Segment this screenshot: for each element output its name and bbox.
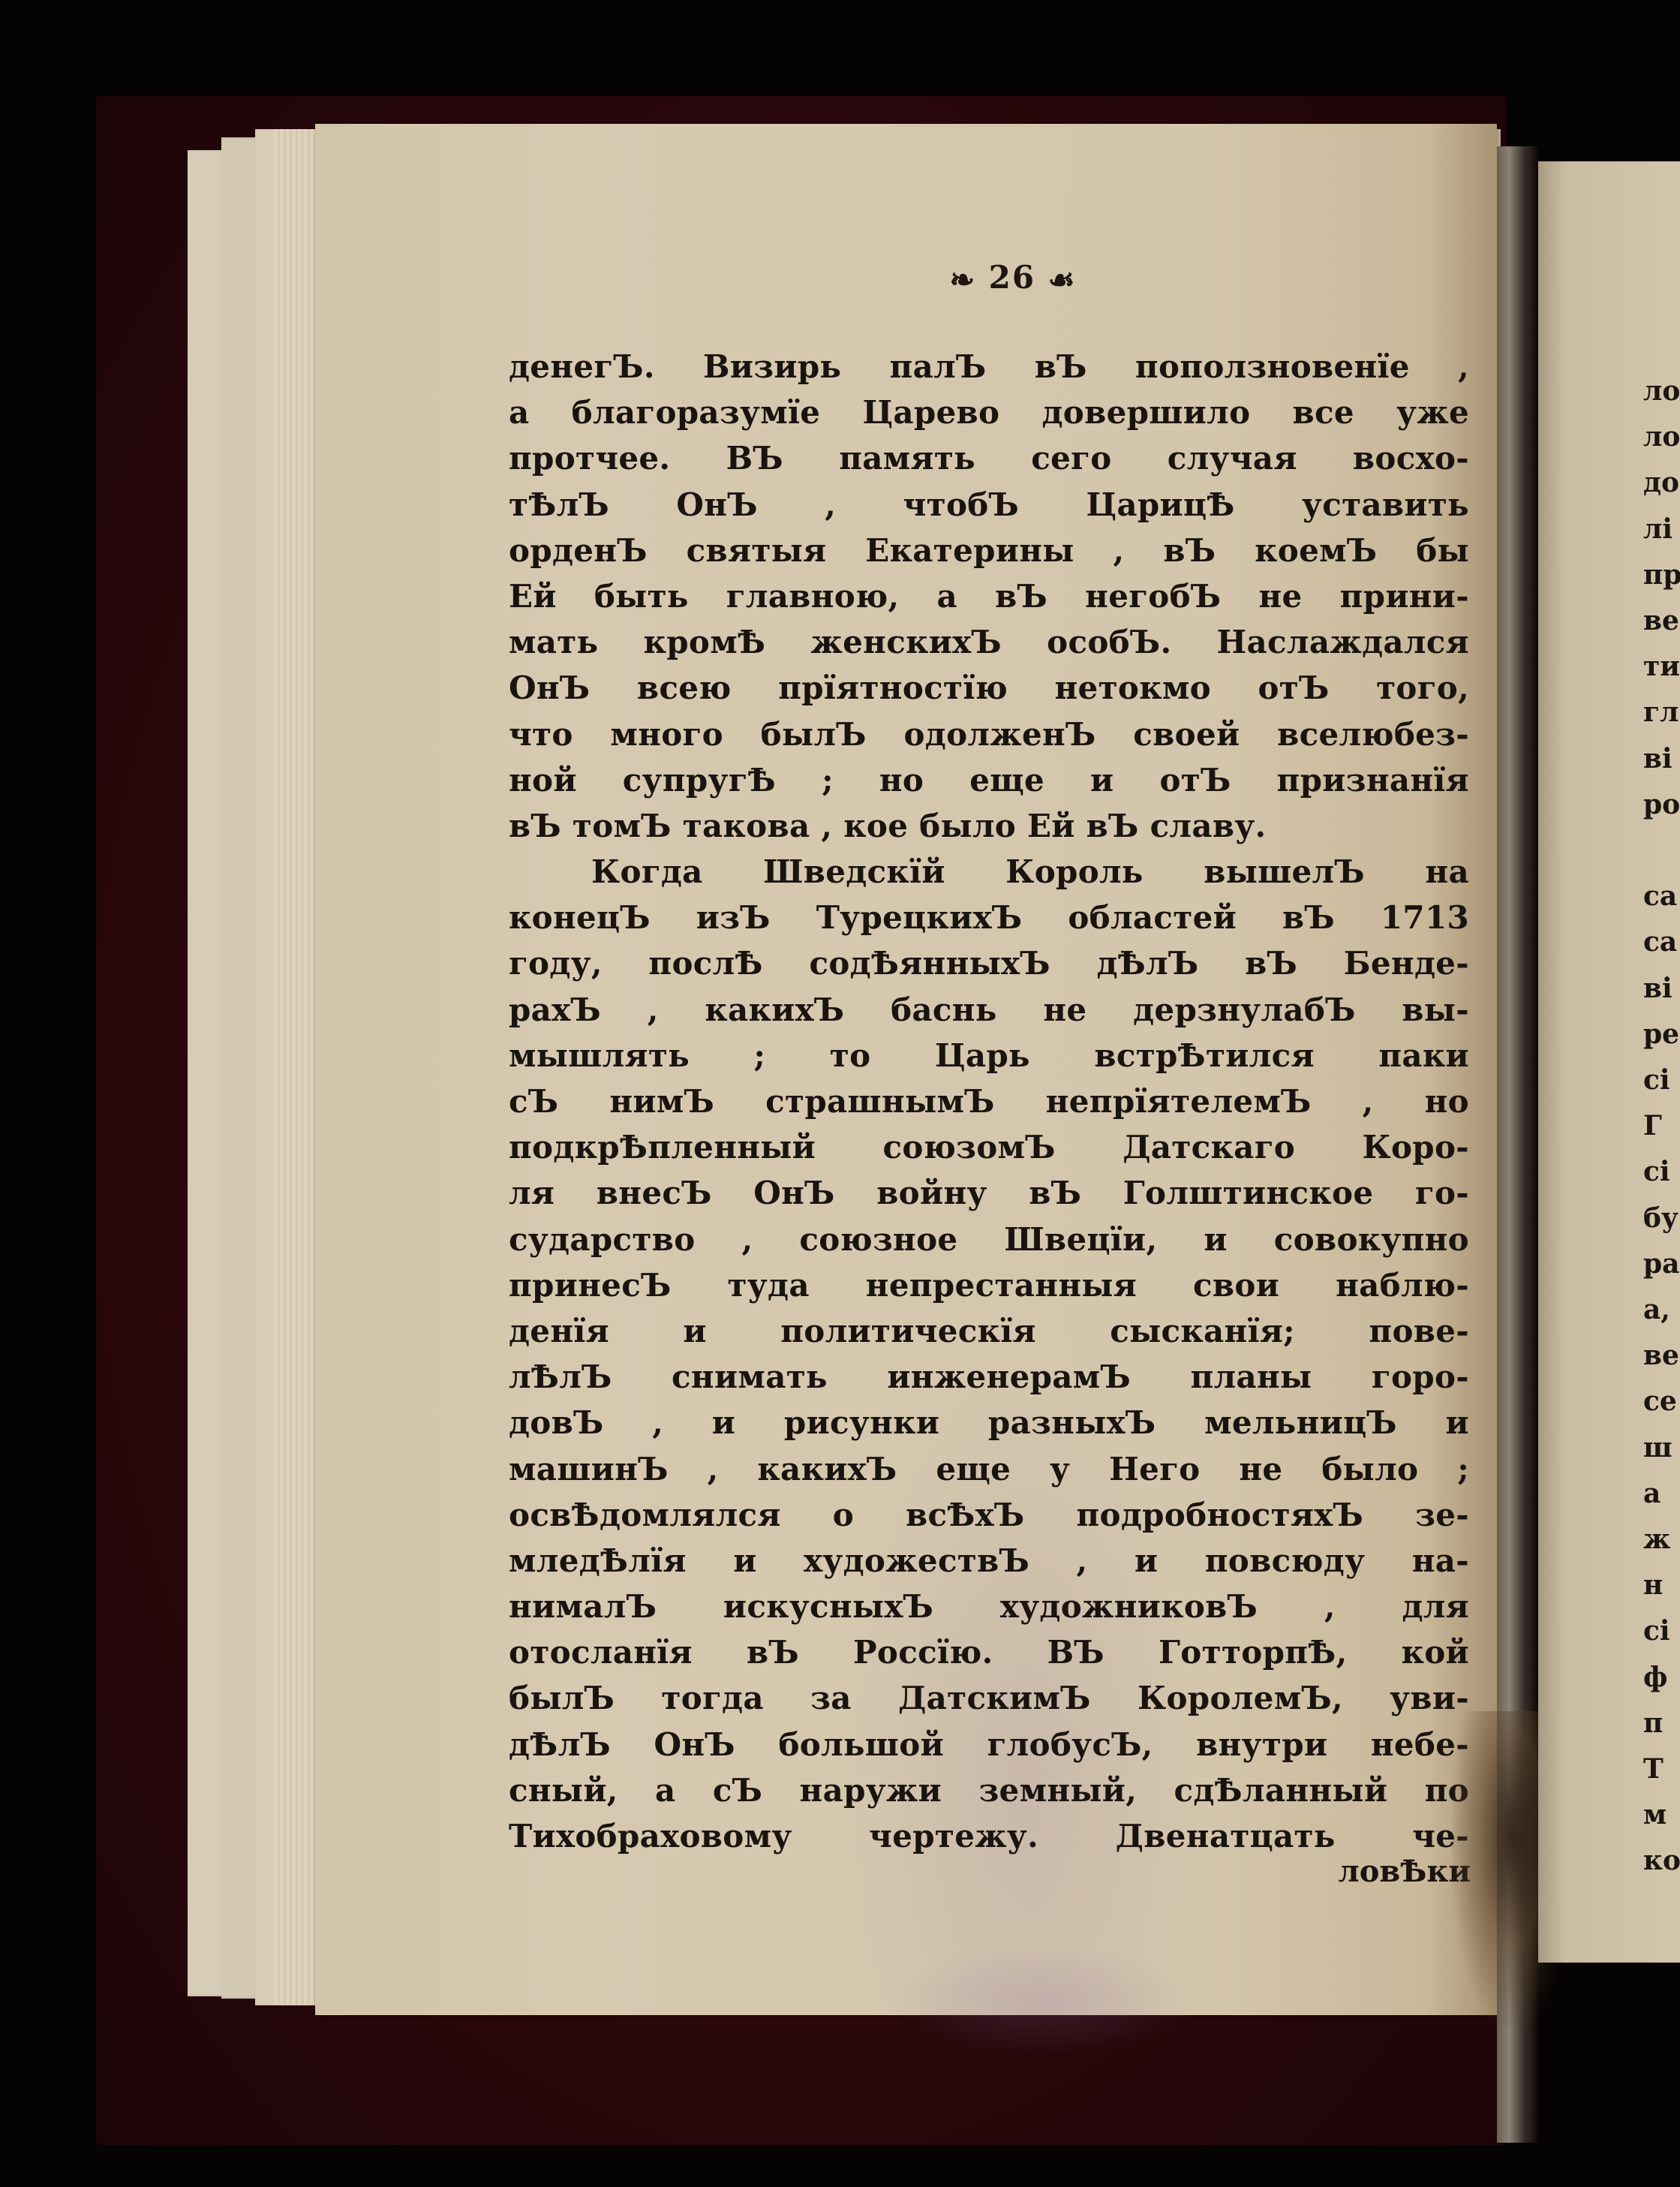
facing-page-text-fragment: ти [1643,651,1680,682]
facing-page-text-fragment: Г [1643,1110,1662,1142]
text-line: освѢдомлялся о всѢхЪ подробностяхЪ зе- [509,1492,1469,1538]
ornament-right-icon: ☙ [1048,263,1077,298]
text-line: ОнЪ всею прїятностїю нетокмо отЪ того, [509,665,1469,711]
ornament-left-icon: ❧ [949,263,976,298]
text-line: лѢлЪ снимать инженерамЪ планы горо- [509,1354,1469,1400]
facing-page-text-fragment: ко [1643,1845,1680,1876]
text-line: ля внесЪ ОнЪ войну вЪ Голштинское го- [509,1170,1469,1216]
facing-page-text-fragment: н [1643,1569,1663,1601]
page-number: 26 [989,259,1035,296]
facing-page-text-fragment: ре [1643,1018,1679,1050]
facing-page-text-fragment: пр [1643,559,1680,591]
text-line: принесЪ туда непрестанныя свои наблю- [509,1262,1469,1308]
facing-page-text-fragment: се [1643,1385,1677,1417]
text-line: тѢлЪ ОнЪ , чтобЪ ЦарицѢ уставить [509,482,1469,528]
text-line-paragraph-start: Когда Шведскїй Король вышелЪ на [509,849,1469,895]
text-line: денїя и политическїя сысканїя; пове- [509,1308,1469,1354]
text-line: дѢлЪ ОнЪ большой глобусЪ, внутри небе- [509,1722,1469,1767]
text-line: конецЪ изЪ ТурецкихЪ областей вЪ 1713 [509,895,1469,940]
facing-page-text-fragment: м [1643,1799,1666,1831]
facing-page-text-fragment: Т [1643,1753,1663,1785]
facing-page-text-fragment: а, [1643,1294,1670,1325]
text-line: сный, а сЪ наружи земный, сдѢланный по [509,1767,1469,1813]
text-line: рахЪ , какихЪ баснь не дерзнулабЪ вы- [509,987,1469,1033]
text-line: мышлять ; то Царь встрѢтился паки [509,1033,1469,1078]
facing-page-text-fragment: са [1643,926,1677,958]
text-line: ной супругѢ ; но еще и отЪ признанїя [509,757,1469,803]
text-line: былЪ тогда за ДатскимЪ КоролемЪ, уви- [509,1675,1469,1721]
page-fore-edge [274,129,319,2005]
text-line: году, послѢ содѢянныхЪ дѢлЪ вЪ Бенде- [509,940,1469,986]
text-line: вЪ томЪ такова , кое было Ей вЪ славу. [509,803,1469,849]
catchword: ловѢки [1276,1854,1471,1889]
text-line: мать кромѢ женскихЪ особЪ. Наслаждался [509,619,1469,665]
text-line: Тихобраховому чертежу. Двенатцать че- [509,1813,1469,1859]
page-header: ❧ 26 ☙ [893,259,1133,298]
text-line: протчее. ВЪ память сего случая восхо- [509,435,1469,481]
facing-page-text-fragment: ж [1643,1524,1670,1555]
facing-page-text-fragment: ве [1643,605,1679,636]
text-line: подкрѢпленный союзомЪ Датскаго Коро- [509,1124,1469,1170]
text-line: орденЪ святыя Екатерины , вЪ коемЪ бы [509,528,1469,573]
text-line: а благоразумїе Царево довершило все уже [509,390,1469,435]
facing-page-text-fragment: ш [1643,1432,1672,1464]
facing-page-text-fragment: бу [1643,1202,1678,1234]
text-line: мледѢлїя и художествЪ , и повсюду на- [509,1538,1469,1584]
text-line: Ей быть главною, а вЪ негобЪ не прини- [509,573,1469,619]
facing-page-text-fragment: ве [1643,1340,1679,1371]
text-line: нималЪ искусныхЪ художниковЪ , для [509,1584,1469,1629]
facing-page-text-fragment: сі [1643,1156,1670,1187]
facing-page: лолодоліпрветиглвіросасавіресіГсібураа,в… [1538,161,1680,1963]
text-line: довЪ , и рисунки разныхЪ мельницЪ и [509,1400,1469,1445]
facing-page-text-fragment: ра [1643,1248,1680,1280]
facing-page-text-fragment: ро [1643,789,1680,820]
facing-page-text-fragment: ло [1643,421,1680,453]
page-body-text: денегЪ. Визирь палЪ вЪ поползновенїе , а… [509,344,1469,1859]
facing-page-text-fragment: са [1643,880,1677,912]
text-line: машинЪ , какихЪ еще у Него не было ; [509,1446,1469,1492]
text-line: сударство , союзное Швецїи, и совокупно [509,1217,1469,1262]
facing-page-text-fragment: ф [1643,1662,1667,1693]
facing-page-text-fragment: ві [1643,743,1672,775]
facing-page-text-fragment: лі [1643,513,1672,545]
facing-page-text-fragment: п [1643,1707,1663,1739]
facing-page-text-fragment: ві [1643,973,1672,1004]
text-line: сЪ нимЪ страшнымЪ непрїятелемЪ , но [509,1078,1469,1124]
facing-page-text-fragment: до [1643,467,1679,498]
text-line: денегЪ. Визирь палЪ вЪ поползновенїе , [509,344,1469,390]
text-line: отосланїя вЪ Россїю. ВЪ ГотторпѢ, кой [509,1629,1469,1675]
facing-page-text-fragment: а [1643,1478,1660,1509]
facing-page-text-fragment: сі [1643,1615,1670,1647]
facing-page-text-fragment: гл [1643,696,1678,728]
library-stamp-faded [885,1944,1201,2056]
facing-page-text-fragment: ло [1643,375,1680,407]
text-line: что много былЪ одолженЪ своей вселюбез- [509,711,1469,757]
facing-page-text-fragment: сі [1643,1064,1670,1096]
